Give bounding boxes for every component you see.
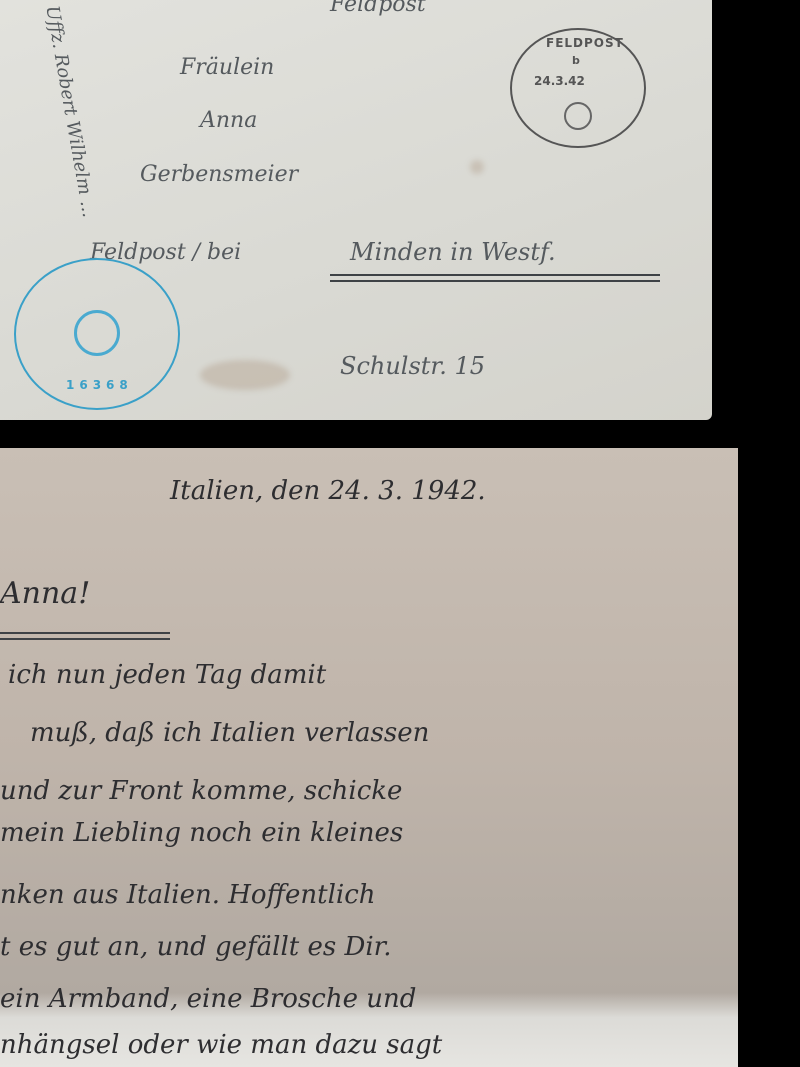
side-note: Uffz. Robert Wilhelm ... [41,4,99,219]
recipient-title: Fräulein [180,55,274,80]
salutation: Anna! [0,576,90,611]
letter-line: muß, daß ich Italien verlassen [30,718,429,748]
postmark-date: 24.3.42 [534,74,585,88]
letter: Italien, den 24. 3. 1942. Anna! ich nun … [0,448,738,1067]
letter-line: mein Liebling noch ein kleines [0,818,403,848]
emblem-icon [74,310,120,356]
unit-number: 16368 [66,378,133,392]
letter-line: ich nun jeden Tag damit [8,660,326,690]
stain [470,160,484,174]
salutation-underline [0,632,170,640]
letter-line: t es gut an, und gefällt es Dir. [0,932,391,962]
city-underline [330,274,660,282]
envelope-top-line: Feldpost [330,0,426,17]
postmark-letter: b [572,54,580,67]
postmark-label: FELDPOST [546,36,624,50]
street: Schulstr. 15 [340,352,485,380]
postmark: FELDPOST b 24.3.42 [510,28,646,148]
stain [200,360,290,390]
letter-line: und zur Front komme, schicke [0,776,402,806]
recipient-first-name: Anna [200,108,257,133]
recipient-last-name: Gerbensmeier [140,162,298,187]
envelope: Feldpost Fräulein Anna Gerbensmeier Feld… [0,0,712,420]
letter-line: nhängsel oder wie man dazu sagt [0,1030,442,1060]
emblem-icon [564,102,592,130]
letter-line: ein Armband, eine Brosche und [0,984,416,1014]
city: Minden in Westf. [350,238,556,266]
unit-stamp: 16368 [14,258,180,410]
letter-line: nken aus Italien. Hoffentlich [0,880,376,910]
place-date: Italien, den 24. 3. 1942. [170,476,486,506]
